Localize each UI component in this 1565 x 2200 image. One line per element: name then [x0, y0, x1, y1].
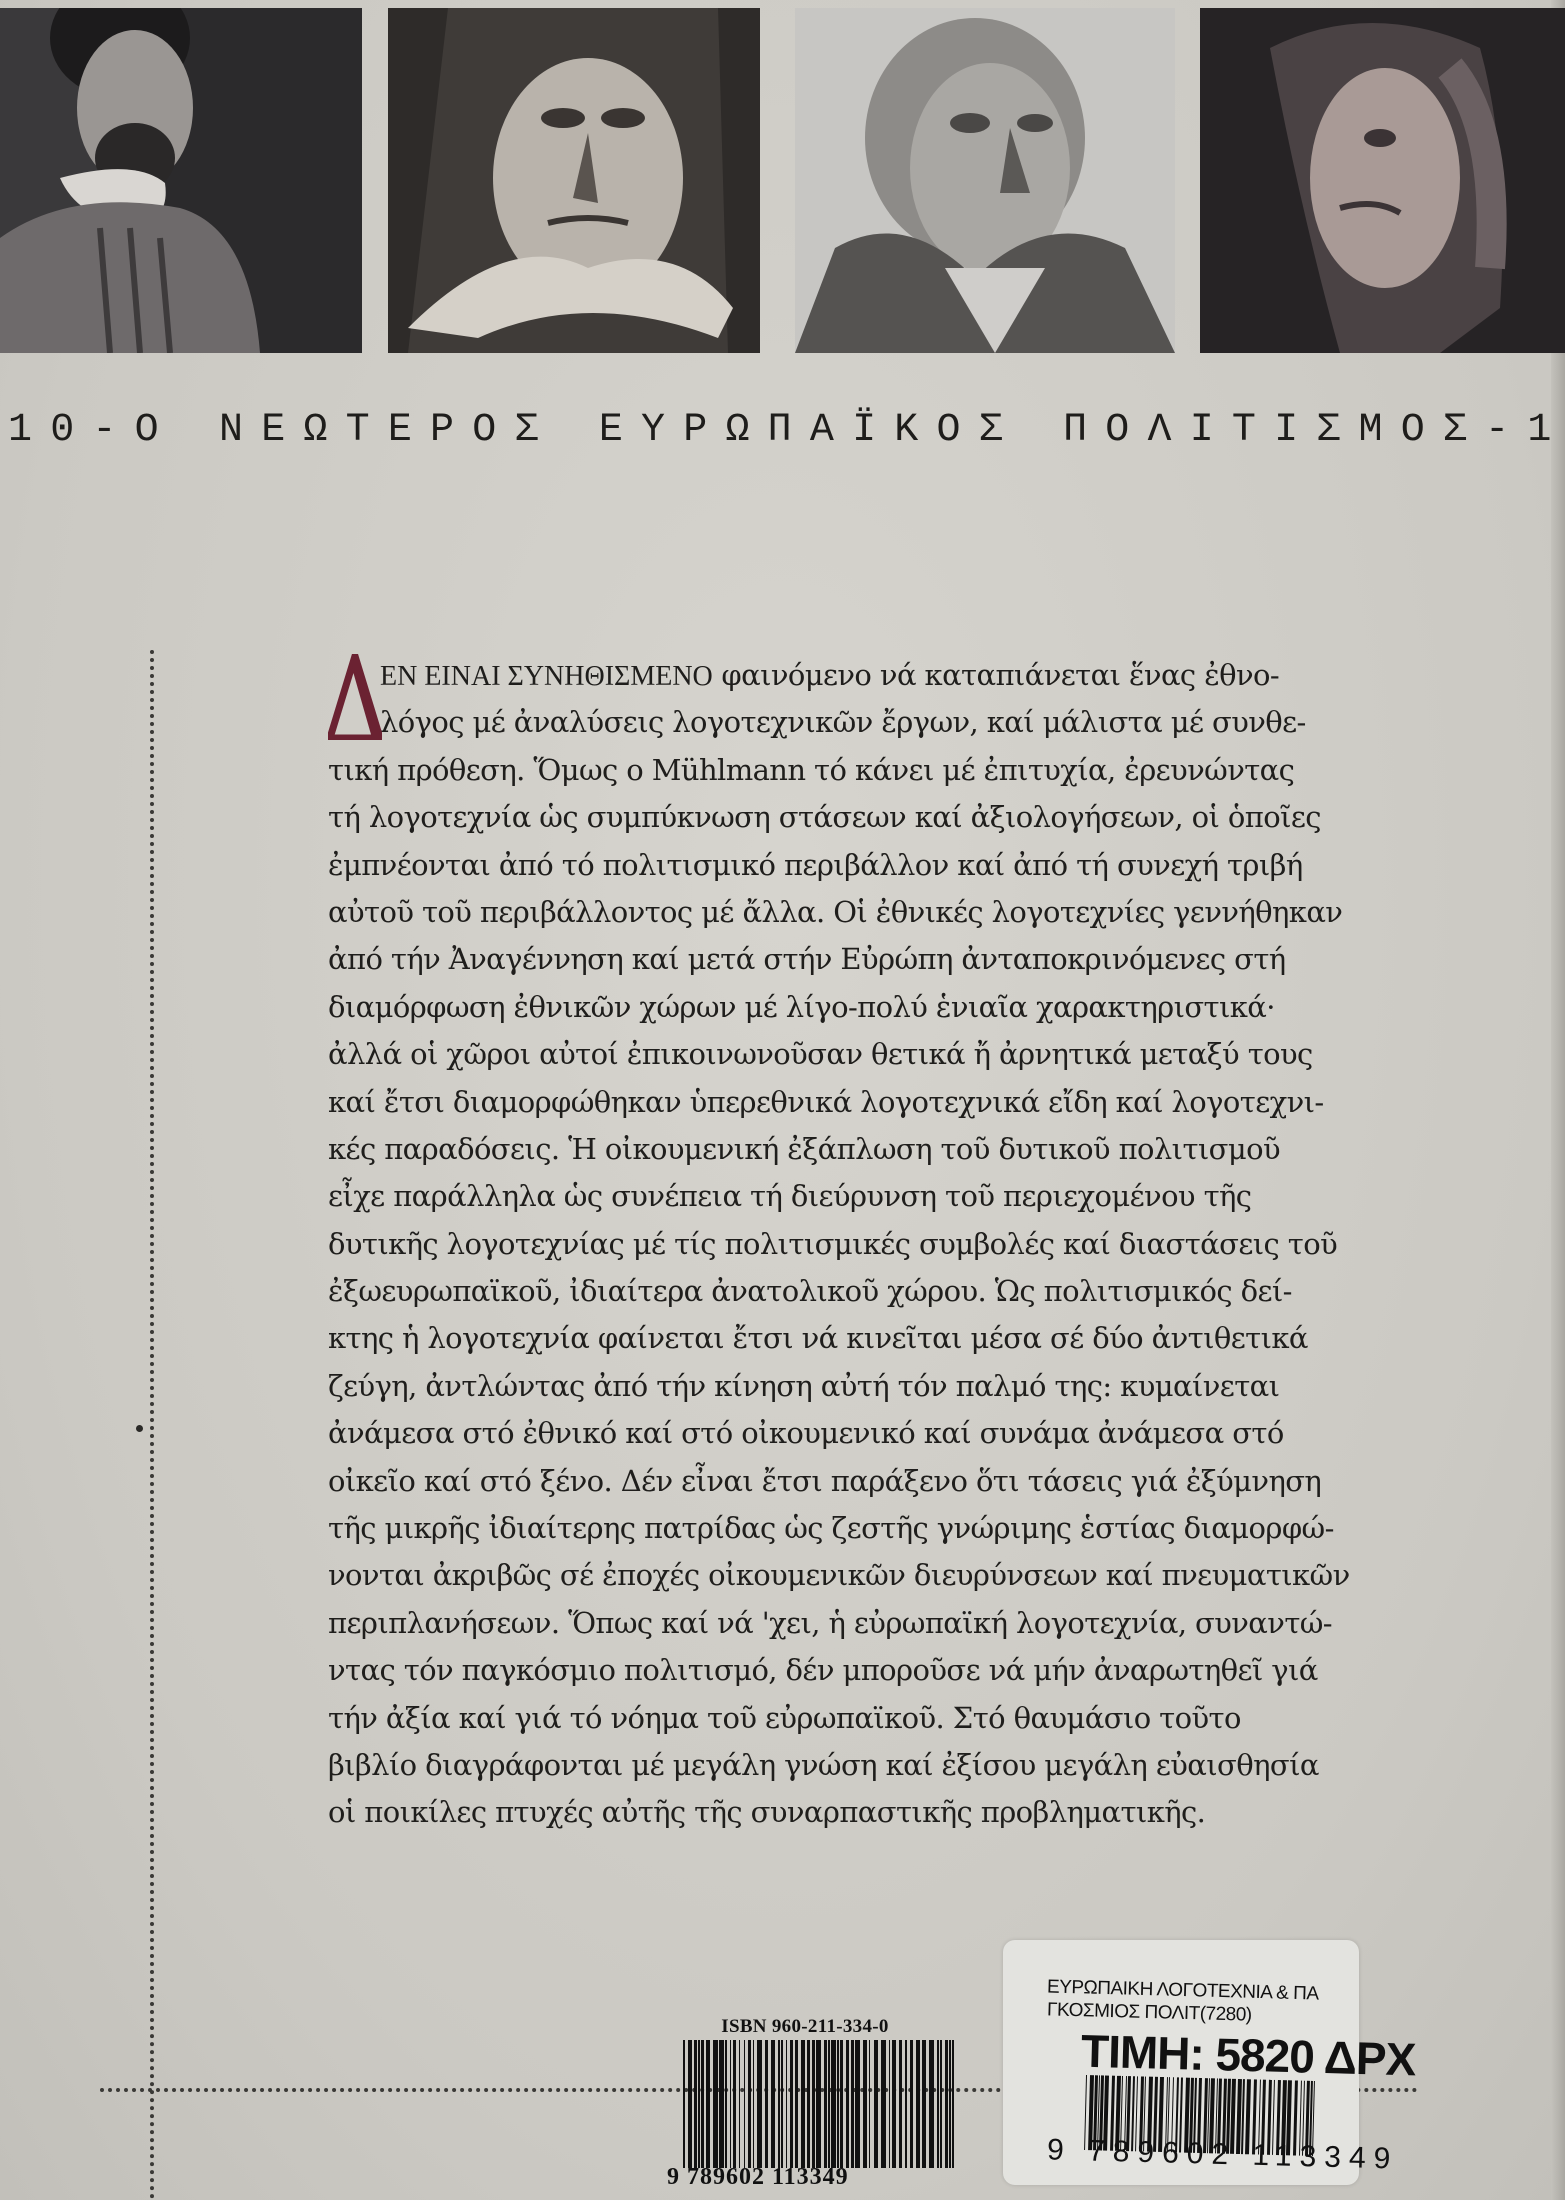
blurb-line: τήν ἀξία καί γιά τό νόημα τοῦ εὐρωπαϊκοῦ… — [328, 1695, 1233, 1742]
blurb-line: εἶχε παράλληλα ὡς συνέπεια τή διεύρυνση … — [328, 1173, 1233, 1220]
portrait-bearded-man-ruff-collar-icon — [0, 8, 362, 353]
dotted-vertical-rule — [150, 650, 154, 2200]
portrait-3 — [795, 8, 1175, 353]
blurb-line: οἰκεῖο καί στό ξένο. Δέν εἶναι ἔτσι παρά… — [328, 1458, 1233, 1505]
blurb-line: ἀλλά οἱ χῶροι αὐτοί ἐπικοινωνοῦσαν θετικ… — [328, 1031, 1233, 1078]
blurb-line: οἱ ποικίλες πτυχές αὐτῆς τῆς συναρπαστικ… — [328, 1789, 1233, 1836]
blurb-line: τή λογοτεχνία ὡς συμπύκνωση στάσεων καί … — [328, 794, 1233, 841]
portrait-1 — [0, 8, 362, 353]
barcode-digits: 9 789602 113349 — [655, 2164, 955, 2191]
blurb-line: ΕΝ ΕΙΝΑΙ ΣΥΝΗΘΙΣΜΕΝΟ φαινόμενο νά καταπι… — [328, 652, 1233, 699]
sticker-barcode-digits: 9 789602 113349 — [1047, 2133, 1399, 2176]
series-title: 10-Ο ΝΕΩΤΕΡΟΣ ΕΥΡΩΠΑΪΚΟΣ ΠΟΛΙΤΙΣΜΟΣ-10 — [8, 408, 1548, 453]
blurb-line: τική πρόθεση. Ὅμως ο Mühlmann τό κάνει μ… — [328, 747, 1233, 794]
blurb-line: νονται ἀκριβῶς σέ ἐποχές οἰκουμενικῶν δι… — [328, 1552, 1233, 1599]
blurb-line: κές παραδόσεις. Ἡ οἰκουμενική ἐξάπλωση τ… — [328, 1126, 1233, 1173]
blurb-line: καί ἔτσι διαμορφώθηκαν ὑπερεθνικά λογοτε… — [328, 1079, 1233, 1126]
blurb-line: λόγος μέ ἀναλύσεις λογοτεχνικῶν ἔργων, κ… — [328, 699, 1233, 746]
blurb-line: ἀνάμεσα στό ἐθνικό καί στό οἰκουμενικό κ… — [328, 1410, 1233, 1457]
blurb-line: ἐμπνέονται ἀπό τό πολιτισμικό περιβάλλον… — [328, 842, 1233, 889]
blurb-line: περιπλανήσεων. Ὅπως καί νά 'χει, ἡ εὐρωπ… — [328, 1600, 1233, 1647]
isbn-label: ISBN 960-211-334-0 — [655, 2016, 955, 2038]
portrait-elderly-man-engraving-icon — [795, 8, 1175, 353]
blurb-line: αὐτοῦ τοῦ περιβάλλοντος μέ ἄλλα. Οἱ ἐθνι… — [328, 889, 1233, 936]
portrait-2 — [388, 8, 760, 353]
barcode-icon — [683, 2040, 955, 2168]
portrait-man-flat-collar-engraving-icon — [388, 8, 760, 353]
blurb-line: κτης ἡ λογοτεχνία φαίνεται ἔτσι νά κινεῖ… — [328, 1315, 1233, 1362]
back-cover-blurb: ΕΝ ΕΙΝΑΙ ΣΥΝΗΘΙΣΜΕΝΟ φαινόμενο νά καταπι… — [328, 652, 1233, 1837]
blurb-line: διαμόρφωση ἐθνικῶν χώρων μέ λίγο-πολύ ἑν… — [328, 984, 1233, 1031]
price-sticker: ΕΥΡΩΠΑΙΚΗ ΛΟΓΟΤΕΧΝΙΑ & ΠΑ ΓΚΟΣΜΙΟΣ ΠΟΛΙΤ… — [1003, 1940, 1359, 2185]
drop-cap-delta-icon — [328, 654, 382, 740]
bullet-dot — [136, 1425, 143, 1432]
blurb-line: ντας τόν παγκόσμιο πολιτισμό, δέν μποροῦ… — [328, 1647, 1233, 1694]
blurb-opening-caps: ΕΝ ΕΙΝΑΙ ΣΥΝΗΘΙΣΜΕΝΟ — [380, 661, 713, 692]
blurb-line: τῆς μικρῆς ἰδιαίτερης πατρίδας ὡς ζεστῆς… — [328, 1505, 1233, 1552]
blurb-line: ζεύγη, ἀντλώντας ἀπό τήν κίνηση αὐτή τόν… — [328, 1363, 1233, 1410]
blurb-line: ἐξωευρωπαϊκοῦ, ἰδιαίτερα ἀνατολικοῦ χώρο… — [328, 1268, 1233, 1315]
blurb-line: βιβλίο διαγράφονται μέ μεγάλη γνώση καί … — [328, 1742, 1233, 1789]
portrait-man-turban-icon — [1200, 8, 1565, 353]
portrait-4 — [1200, 8, 1565, 353]
sticker-title-line-2: ΓΚΟΣΜΙΟΣ ΠΟΛΙΤ(7280) — [1047, 1999, 1252, 2026]
blurb-line: δυτικῆς λογοτεχνίας μέ τίς πολιτισμικές … — [328, 1221, 1233, 1268]
blurb-line: ἀπό τήν Ἀναγέννηση καί μετά στήν Εὐρώπη … — [328, 936, 1233, 983]
isbn-barcode-block: ISBN 960-211-334-0 9 789602 113349 — [655, 2016, 955, 2191]
